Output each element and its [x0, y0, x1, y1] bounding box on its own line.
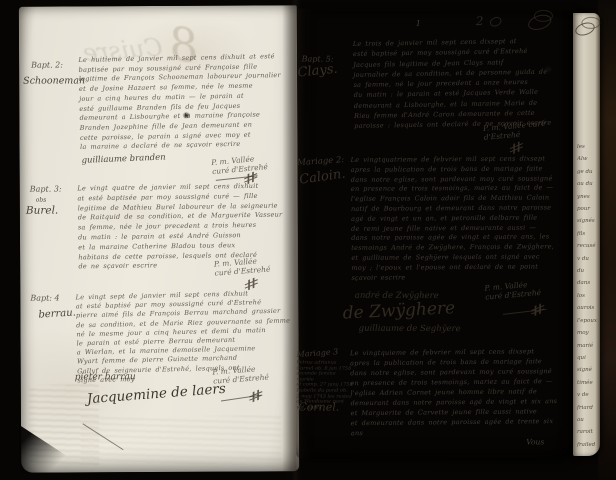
- witness-signature-jacquemine: Jacquemine de laers: [86, 381, 226, 407]
- page-number: 2: [476, 14, 484, 28]
- manuscript-scan: Cuisre 8 Bapt. 2: Schooneman Le huitieme…: [0, 0, 616, 480]
- witness-signature-pieter-barrau: pieter barrau: [75, 372, 136, 382]
- marriage-entry-2-text: Le vingtquatrieme de febvrier mil sept c…: [351, 154, 570, 283]
- entry-label-bapt-2: Bapt. 2:: [31, 61, 63, 70]
- margin-note-obs: obs: [36, 197, 47, 204]
- corner-scribble-flourish: [526, 12, 553, 33]
- right-page: 1 2 Bapt. 5: Clays. Le trois de janvier …: [296, 9, 573, 459]
- marriage-entry-3-text: Le vingtquieme de febvrier mil sept cens…: [350, 346, 569, 438]
- paper-crease: [83, 423, 124, 450]
- priest-signature: P. m. Vallée curé d'Estrehé: [483, 119, 547, 142]
- ink-blot: [182, 112, 190, 119]
- paraph-flourish: [488, 15, 503, 28]
- ink-blot: [544, 65, 553, 73]
- witness-signature-de-zwyghere: de Zwÿghere: [342, 298, 455, 323]
- book-binding-edge: [598, 0, 616, 480]
- entry-label-bapt-4: Bapt: 4: [30, 294, 59, 303]
- entry-surname-caloin: Caloin.: [298, 167, 346, 188]
- entry-surname-schooneman: Schooneman: [23, 75, 85, 86]
- corner-scribble-flourish: [574, 20, 597, 38]
- entry-label-mariage-2: Mariage 2:: [297, 155, 345, 168]
- entry-label-mariage-3: Mariage 3: [296, 347, 338, 359]
- folio-mark: 1: [416, 19, 421, 28]
- priest-signature: P. m. Vallée curé d'Estrehé: [484, 279, 541, 302]
- entry-surname-berrau: berrau.: [38, 307, 76, 320]
- baptism-entry-5-text: Le trois de janvier mil sept cens dixsep…: [353, 35, 569, 131]
- catchword: Vous: [526, 437, 544, 446]
- entry-surname-clays: Clays.: [297, 62, 338, 81]
- left-page: Cuisre 8 Bapt. 2: Schooneman Le huitieme…: [19, 5, 299, 472]
- witness-signature-branden: guilliaume branden: [81, 153, 165, 166]
- baptism-entry-2-text: Le huitieme de janvier mil sept cens dix…: [78, 52, 294, 153]
- witness-signature-guilliaume-de-seghyere: guilliaume de Seghÿere: [359, 324, 461, 334]
- priest-signature: P. m. Vallée curé d'Estrehé: [214, 255, 271, 277]
- page-corner-curl-shadow: [19, 424, 95, 474]
- entry-surname-cornel: Cornel.: [298, 401, 339, 414]
- priest-signature: P. m. Vallée curé d'Estrehé: [212, 364, 269, 386]
- entry-surname-burel: Burel.: [26, 205, 58, 217]
- ghost-bleedthrough-block: [81, 415, 281, 464]
- priest-signature: P. m. Vallée curé d'Estrehé: [211, 153, 268, 176]
- fore-edge-pages: les Alw ge du au du ynes pour signés fil…: [573, 13, 600, 456]
- entry-label-bapt-3: Bapt. 3:: [30, 185, 62, 194]
- edge-text-fragments: les Alw ge du au du ynes pour signés fil…: [577, 141, 599, 453]
